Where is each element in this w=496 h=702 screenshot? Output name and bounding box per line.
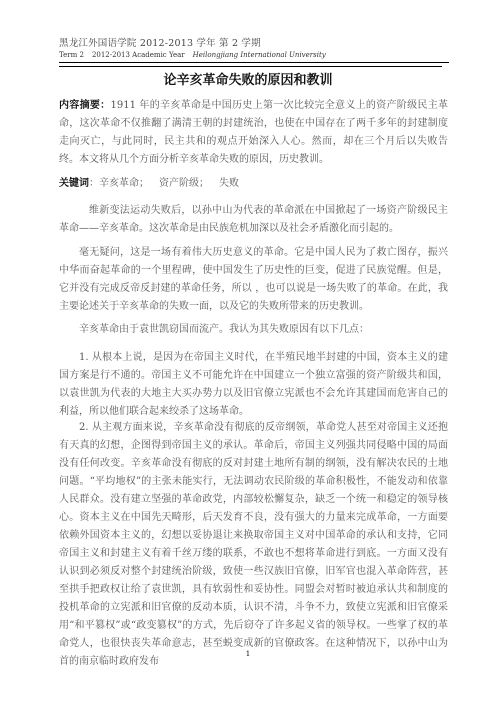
body-paragraph: 2. 从主观方面来说，辛亥革命没有彻底的反帝纲领，革命党人甚至对帝国主义还抱有天… — [59, 419, 448, 671]
keywords: 关键词：辛亥革命；资产阶级；失败 — [59, 175, 448, 193]
body-paragraph: 维新变法运动失败后，以孙中山为代表的革命派在中国掀起了一场资产阶级民主革命——辛… — [59, 202, 448, 238]
header-academic-year: 2012-2013 Academic Year — [92, 51, 185, 59]
abstract-text: 1911 年的辛亥革命是中国历史上第一次比较完全意义上的资产阶级民主革命，这次革… — [59, 100, 448, 165]
header-rule-bottom — [59, 66, 442, 67]
abstract-label: 内容摘要： — [59, 100, 110, 111]
page-header-cn: 黑龙江外国语学院 2012-2013 学年 第 2 学期 — [59, 35, 261, 49]
keywords-label: 关键词 — [59, 178, 89, 189]
keyword: 辛亥革命； — [99, 178, 149, 189]
abstract: 内容摘要：1911 年的辛亥革命是中国历史上第一次比较完全意义上的资产阶级民主革… — [59, 97, 448, 169]
header-university: Heilongjiang International University — [193, 51, 326, 59]
body-paragraph: 辛亥革命由于袁世凯窃国而流产。我认为其失败原因有以下几点： — [59, 321, 448, 339]
keyword: 资产阶级； — [159, 178, 209, 189]
page-number: 1 — [0, 650, 496, 658]
header-rule-top — [59, 62, 449, 63]
body-paragraph: 毫无疑问，这是一场有着伟大历史意义的革命。它是中国人民为了救亡图存，振兴中华而奋… — [59, 244, 448, 316]
header-term: Term 2 — [59, 51, 84, 59]
page-header-en: Term 22012-2013 Academic YearHeilongjian… — [59, 51, 326, 59]
keyword: 失败 — [219, 178, 239, 189]
document-title: 论辛亥革命失败的原因和教训 — [0, 69, 496, 88]
keywords-separator: ： — [89, 178, 99, 189]
body-paragraph: 1. 从根本上说，是因为在帝国主义时代，在半殖民地半封建的中国，资本主义的建国方… — [59, 349, 448, 421]
